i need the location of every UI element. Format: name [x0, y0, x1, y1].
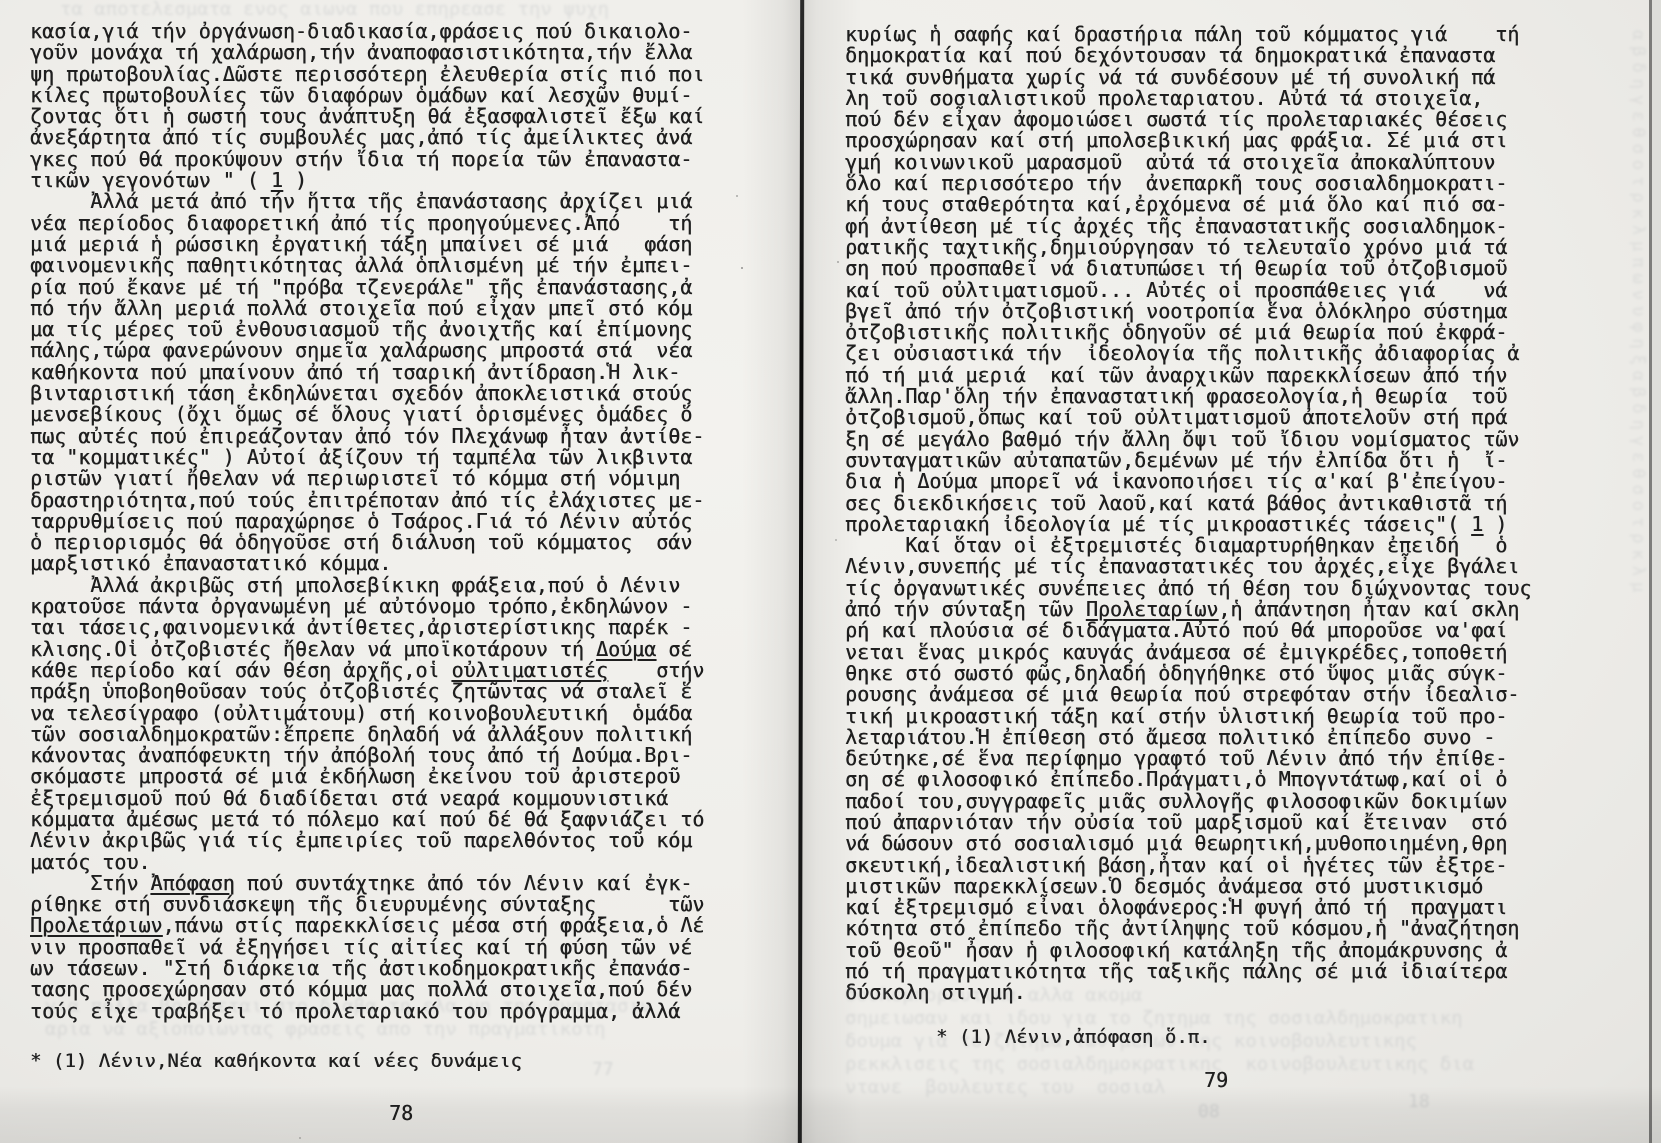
bleedthrough-page-number: 08 — [1198, 1100, 1220, 1123]
left-footnote: * (1) Λένιν,Νέα καθήκοντα καί νέες δυνάμ… — [30, 1050, 522, 1072]
text-line: πού δέν εἶχαν ἀφομοιώσει σωστά τίς προλε… — [845, 109, 1587, 130]
text-line: φαινομενικῆς παθητικότητας ἀλλά ὁπλισμέν… — [30, 255, 772, 276]
text-line: τικά συνθήματα χωρίς νά τά συνδέσουν μέ … — [845, 67, 1587, 88]
right-page-number: 79 — [845, 1068, 1587, 1092]
text-line: ἀπό τήν σύνταξη τῶν Προλεταρίων,ἡ ἀπάντη… — [845, 599, 1587, 620]
bleedthrough-page-number: 18 — [1408, 1090, 1430, 1113]
text-line: ων τάσεων. "Στή διάρκεια τῆς ἀστικοδημοκ… — [30, 958, 772, 979]
text-line: καί τοῦ οὐλτιματισμοῦ... Αὐτές οἱ προσπά… — [845, 280, 1587, 301]
text-line: κότητα στό ἐπίπεδο τῆς ἀντίληψης τοῦ κόσ… — [845, 918, 1587, 939]
text-line: ἀνεξάρτητα ἀπό τίς συμβουλές μας,ἀπό τίς… — [30, 127, 772, 148]
text-line: νεται ἕνας μικρός καυγάς ἀνάμεσα σέ ἐμιγ… — [845, 642, 1587, 663]
text-line: κίλες πρωτοβουλίες τῶν διαφόρων ὁμάδων κ… — [30, 85, 772, 106]
text-line: ρουσης ἀνάμεσα σέ μιά θεωρία πού στρεφότ… — [845, 684, 1587, 705]
text-line: ταρρυθμίσεις πού παραχώρησε ὁ Τσάρος.Γιά… — [30, 511, 772, 532]
text-line: Λένιν ἀκριβῶς γιά τίς ἐμπειρίες τοῦ παρε… — [30, 830, 772, 851]
text-line: ση σέ φιλοσοφικό ἐπίπεδο.Πράγματι,ὁ Μπογ… — [845, 769, 1587, 790]
text-line: συνταγματικῶν αὐταπατῶν,δεμένων μέ τήν ἐ… — [845, 450, 1587, 471]
bleedthrough-page-number: 77 — [592, 1058, 614, 1081]
text-line: πό τήν ἄλλη μεριά πολλά στοιχεῖα πού εἶχ… — [30, 298, 772, 319]
text-line: βινταριστική τάση ἐκδηλώνεται σχεδόν ἀπο… — [30, 383, 772, 404]
text-line: τοῦ Θεοῦ" ἦσαν ἡ φιλοσοφική κατάληξη τῆς… — [845, 940, 1587, 961]
text-line: ρία πού ἔκανε μέ τή "πρόβα τζενεράλε" τῆ… — [30, 277, 772, 298]
text-line: ἐξτρεμισμοῦ πού θά διαδίδεται στά νεαρά … — [30, 788, 772, 809]
text-line: δημοκρατία καί πού δεχόντουσαν τά δημοκρ… — [845, 45, 1587, 66]
text-line: κή τους σταθερότητα καί,ἐρχόμενα σέ μιά … — [845, 194, 1587, 215]
text-line: ματός του. — [30, 852, 772, 873]
left-page-text: κασία,γιά τήν ὀργάνωση-διαδικασία,φράσει… — [30, 21, 772, 1022]
text-line: να τελεσίγραφο (οὐλτιμάτουμ) στή κοινοβο… — [30, 703, 772, 724]
text-line: προσχώρησαν καί στή μπολσεβικική μας φρά… — [845, 130, 1587, 151]
text-line: νέα περίοδος διαφορετική ἀπό τίς προηγού… — [30, 213, 772, 234]
text-line: δεύτηκε,σέ ἕνα περίφημο γραφτό τοῦ Λένιν… — [845, 748, 1587, 769]
text-line: σες διεκδικήσεις τοῦ λαοῦ,καί κατά βάθος… — [845, 493, 1587, 514]
text-line: Λένιν,συνεπής μέ τίς ἐπαναστατικές του ἀ… — [845, 556, 1587, 577]
text-line: τική μικροαστική τάξη καί στήν ὑλιστική … — [845, 706, 1587, 727]
text-line: ζει οὐσιαστικά τήν ἰδεολογία τῆς πολιτικ… — [845, 343, 1587, 364]
text-line: ρατικῆς ταχτικῆς,δημιούργησαν τό τελευτα… — [845, 237, 1587, 258]
text-line: ὅλο καί περισσότερο τήν ἀνεπαρκῆ τους σο… — [845, 173, 1587, 194]
text-line: πό τή μιά μεριά καί τῶν ἀναρχικῶν παρεκκ… — [845, 365, 1587, 386]
text-line: Ἀλλά μετά ἀπό τήν ἥττα τῆς ἐπανάστασης ἀ… — [30, 191, 772, 212]
text-line: σκόμαστε μπροστά σέ μιά ἐκδήλωση ἐκείνου… — [30, 766, 772, 787]
left-page-number: 78 — [30, 1101, 772, 1125]
text-line: πό τή πραγματικότητα τῆς ταξικῆς πάλης σ… — [845, 961, 1587, 982]
text-line: δια ἡ Δούμα μπορεῖ νά ἱκανοποιήσει τίς α… — [845, 471, 1587, 492]
text-line: κόμματα ἀμέσως μετά τό πόλεμο καί πού δέ… — [30, 809, 772, 830]
text-line: τικῶν γεγονότων " ( 1 ) — [30, 170, 772, 191]
text-line: Ἀλλά ἀκριβῶς στή μπολσεβίκικη φράξεια,πο… — [30, 575, 772, 596]
text-line: πράξη ὑποβοηθοῦσαν τούς ὀτζοβιστές ζητῶν… — [30, 681, 772, 702]
scan-right-margin — [1652, 0, 1661, 1143]
text-line: τούς εἶχε τραβήξει τό προλεταριακό του π… — [30, 1001, 772, 1022]
text-line: τῶν σοσιαλδημοκρατῶν:ἔπρεπε δηλαδή νά ἀλ… — [30, 724, 772, 745]
text-line: κρατοῦσε πάντα ὀργανωμένη μέ αὐτόνομο τρ… — [30, 596, 772, 617]
text-line: κάνοντας ἀναπόφευκτη τήν ἀπόβολή τους ἀπ… — [30, 745, 772, 766]
text-line: πως αὐτές πού ἐπιρεάζονταν ἀπό τόν Πλεχά… — [30, 426, 772, 447]
text-line: ται τάσεις,φαινομενικά ἀντίθετες,ἀριστερ… — [30, 617, 772, 638]
bleedthrough-top-left: τα αποτελεσματα ενος αιωνα που επηρεασε … — [60, 0, 760, 21]
right-page-text: κυρίως ἡ σαφής καί δραστήρια πάλη τοῦ κό… — [845, 24, 1587, 1004]
text-line: μα τίς μέρες τοῦ ἐνθουσιασμοῦ τῆς ἀνοιχτ… — [30, 319, 772, 340]
text-line: λεταριάτου.Ἡ ἐπίθεση στό ἄμεσα πολιτικό … — [845, 727, 1587, 748]
text-line: μενσεβίκους (ὄχι ὅμως σέ ὅλους γιατί ὁρι… — [30, 404, 772, 425]
text-line: δραστηριότητα,πού τούς ἐπιτρέποταν ἀπό τ… — [30, 490, 772, 511]
text-line: σκευτική,ἰδεαλιστική βάση,ἦταν καί οἱ ἡγ… — [845, 855, 1587, 876]
text-line: ὀτζοβιστικῆς πολιτικῆς ὁδηγοῦν σέ μιά θε… — [845, 322, 1587, 343]
text-line: γμή κοινωνικοῦ μαρασμοῦ αὐτά τά στοιχεῖα… — [845, 152, 1587, 173]
bleedthrough-right-margin: αβδηγεθσοτρκλμπωνυφηξαβδηγεθσοτρκλμ — [1626, 30, 1649, 1070]
text-line: κλισης.Οἱ ὀτζοβιστές ἤθελαν νά μποϊκοτάρ… — [30, 639, 772, 660]
book-scan: κασία,γιά τήν ὀργάνωση-διαδικασία,φράσει… — [0, 0, 1661, 1143]
text-line: πού ἀπαρνιόταν τήν οὐσία τοῦ μαρξισμοῦ κ… — [845, 812, 1587, 833]
text-line: πάλης,τώρα φανερώνουν σημεῖα χαλάρωσης μ… — [30, 340, 772, 361]
text-line: ὁ περιορισμός θά ὁδηγοῦσε στή διάλυση το… — [30, 532, 772, 553]
text-line: κάθε περίοδο καί σάν θέση ἀρχῆς,οἱ οὐλτι… — [30, 660, 772, 681]
text-line: καθήκοντα πού μπαίνουν ἀπό τή τσαρική ἀν… — [30, 362, 772, 383]
text-line: μιά μεριά ἡ ρώσσικη ἐργατική τάξη μπαίνε… — [30, 234, 772, 255]
text-line: ρή καί πλούσια σέ διδάγματα.Αὐτό πού θά … — [845, 620, 1587, 641]
text-line: ση πού προσπαθεῖ νά διατυπώσει τή θεωρία… — [845, 258, 1587, 279]
text-line: γοῦν μονάχα τή χαλάρωση,τήν ἀναποφασιστι… — [30, 42, 772, 63]
text-line: βγεῖ ἀπό τήν ὀτζοβιστική νοοτροπία ἕνα ὁ… — [845, 301, 1587, 322]
text-line: μιστικῶν παρεκκλίσεων.Ὁ δεσμός ἀνάμεσα σ… — [845, 876, 1587, 897]
text-line: ὀτζοβισμοῦ,ὅπως καί τοῦ οὐλτιματισμοῦ ἀπ… — [845, 407, 1587, 428]
text-line: Προλετάριων,πάνω στίς παρεκκλίσεις μέσα … — [30, 915, 772, 936]
text-line: ρίθηκε στή συνδιάσκεψη τῆς διευρυμένης σ… — [30, 894, 772, 915]
text-line: κυρίως ἡ σαφής καί δραστήρια πάλη τοῦ κό… — [845, 24, 1587, 45]
text-line: φή ἀντίθεση μέ τίς ἀρχές τῆς ἐπαναστατικ… — [845, 216, 1587, 237]
text-line: θηκε στό σωστό φῶς,δηλαδή ὁδηγήθηκε στό … — [845, 663, 1587, 684]
text-line: τασης προσεχώρησαν στό κόμμα μας πολλά σ… — [30, 979, 772, 1000]
text-line: τίς ὀργανωτικές συνέπειες ἀπό τή θέση το… — [845, 578, 1587, 599]
text-line: Στήν Ἀπόφαση πού συντάχτηκε ἀπό τόν Λένι… — [30, 873, 772, 894]
text-line: γκες πού θά προκύψουν στήν ἴδια τή πορεί… — [30, 149, 772, 170]
text-line: λη τοῦ σοσιαλιστικοῦ προλεταριατου. Αὐτά… — [845, 88, 1587, 109]
text-line: μαρξιστικό ἐπαναστατικό κόμμα. — [30, 553, 772, 574]
text-line: ριστῶν γιατί ἤθελαν νά περιωριστεῖ τό κό… — [30, 468, 772, 489]
text-line: ψη πρωτοβουλίας.Δῶστε περισσότερη ἐλευθε… — [30, 64, 772, 85]
text-line: δύσκολη στιγμή. — [845, 982, 1587, 1003]
right-footnote: * (1) Λένιν,ἀπόφαση ὅ.π. — [936, 1026, 1211, 1048]
text-line: προλεταριακή ἰδεολογία μέ τίς μικροαστικ… — [845, 514, 1587, 535]
text-line: ξη σέ μεγάλο βαθμό τήν ἄλλη ὄψι τοῦ ἴδιο… — [845, 429, 1587, 450]
text-line: παδοί του,συγγραφεῖς μιᾶς συλλογῆς φιλοσ… — [845, 791, 1587, 812]
text-line: ἄλλη.Παρ'ὅλη τήν ἐπαναστατική φρασεολογί… — [845, 386, 1587, 407]
text-line: νιν προσπαθεῖ νά ἐξηγήσει τίς αἰτίες καί… — [30, 937, 772, 958]
page-edge-line — [1649, 0, 1652, 1143]
text-line: καί ἐξτρεμισμό εἶναι ὁλοφάνερος:Ἡ φυγή ἀ… — [845, 897, 1587, 918]
text-line: τα "κομματικές" ) Αὐτοί ἀξίζουν τή ταμπέ… — [30, 447, 772, 468]
text-line: ζοντας ὅτι ἡ σωστή τους ἀνάπτυξη θά ἐξασ… — [30, 106, 772, 127]
text-line: νά δώσουν στό σοσιαλισμό μιά θεωρητική,μ… — [845, 833, 1587, 854]
gutter-line — [798, 0, 804, 1143]
text-line: κασία,γιά τήν ὀργάνωση-διαδικασία,φράσει… — [30, 21, 772, 42]
